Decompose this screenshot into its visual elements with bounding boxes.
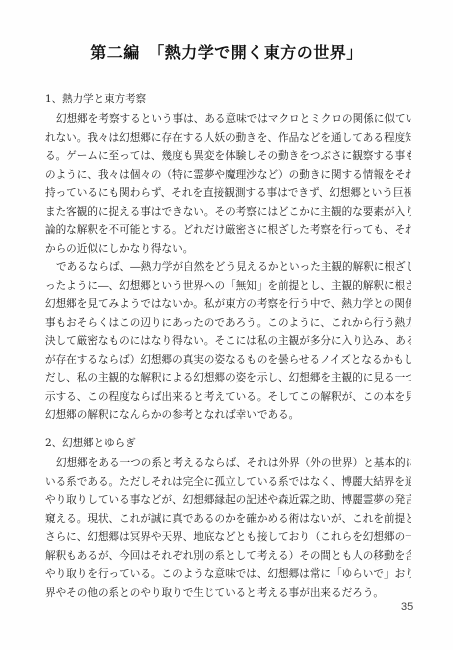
paragraph-line: れない。我々は幻想郷に存在する人妖の動きを、作品などを通してある程度知る事ができ: [45, 131, 411, 145]
paragraph-line: 示する、この程度ならば出来ると考えている。そしてこの解釈が、この本を見たあなたの: [45, 390, 411, 404]
paragraph-line: いる系である。ただしそれは完全に孤立している系ではなく、博麗大結界を通じて何かを: [45, 475, 411, 489]
section-heading-1: 1、熱力学と東方考察: [45, 92, 146, 106]
paragraph-line: 幻想郷をある一つの系と考えるならば、それは外界（外の世界）と基本的には隔絶して: [56, 456, 411, 470]
paragraph-line: さらに、幻想郷は冥界や天界、地底などとも接しており（これらを幻想郷の一部と考える: [45, 530, 411, 544]
paragraph-line: 幻想郷の解釈になんらかの参考となれば幸いである。: [45, 408, 411, 422]
page-number: 35: [401, 601, 413, 613]
paragraph-line: からの近似にしかなり得ない。: [45, 242, 411, 256]
paragraph-line: が存在するならば）幻想郷の真実の姿なるものを曇らせるノイズとなるかもしれない。た: [45, 353, 411, 367]
paragraph-line: のように、我々は個々の（特に霊夢や魔理沙など）の動きに関する情報をそれなりに多く: [45, 168, 411, 182]
paragraph-line: ったように―、幻想郷という世界への「無知」を前提とし、主観的解釈に根ざした理論で: [45, 279, 411, 293]
paragraph-line: やり取りしている事などが、幻想郷縁起の記述や森近霖之助、博麗霊夢の発言などにより: [45, 493, 411, 507]
paragraph-line: 論的な解釈を不可能とする。どれだけ厳密さに根ざした考察を行っても、それはある方向: [45, 223, 411, 237]
paragraph-line: 解釈もあるが、今回はそれぞれ別の系として考える）その間とも人の移動を含めた様々な: [45, 549, 411, 563]
document-page: 第二編 「熱力学で開く東方の世界」 1、熱力学と東方考察 幻想郷を考察するという…: [0, 0, 453, 650]
paragraph-line: また客観的に捉える事はできない。その考察にはどこかに主観的な要素が入り込み、決定: [45, 205, 411, 219]
paragraph-line: やり取りを行っている。このような意味では、幻想郷は常に「ゆらいで」おり、それは外: [45, 567, 411, 581]
section-heading-2: 2、幻想郷とゆらぎ: [45, 436, 136, 450]
paragraph-line: 持っているにも関わらず、それを直接観測する事はできず、幻想郷という巨視的な世界も: [45, 186, 411, 200]
paragraph-line: であるならば、―熱力学が自然をどう見えるかといった主観的解釈に根ざした理論であ: [56, 260, 411, 274]
paragraph-line: 幻想郷を考察するという事は、ある意味ではマクロとミクロの関係に似ているのかもし: [56, 112, 411, 126]
paragraph-line: る。ゲームに至っては、幾度も異変を体験しその動きをつぶさに観察する事もできる。こ: [45, 149, 411, 163]
paragraph-line: 幻想郷を見てみようではないか。私が東方の考察を行う中で、熱力学との関係性を感じた: [45, 297, 411, 311]
paragraph-line: 界やその他の系とのやり取りで生じていると考える事が出来るだろう。: [45, 586, 411, 600]
page-title: 第二編 「熱力学で開く東方の世界」: [0, 42, 453, 64]
paragraph-line: 決して厳密なものにはなり得ない。そこには私の主観が多分に入り込み、あるいは（それ: [45, 334, 411, 348]
paragraph-line: だし、私の主観的な解釈による幻想郷の姿を示し、幻想郷を主観的に見る一つの方法を提: [45, 371, 411, 385]
paragraph-line: 窺える。現状、これが誠に真であるのかを確かめる術はないが、これを前提として用いる…: [45, 512, 411, 526]
paragraph-line: 事もおそらくはこの辺りにあったのであろう。このように、これから行う熱力学的考察は: [45, 316, 411, 330]
